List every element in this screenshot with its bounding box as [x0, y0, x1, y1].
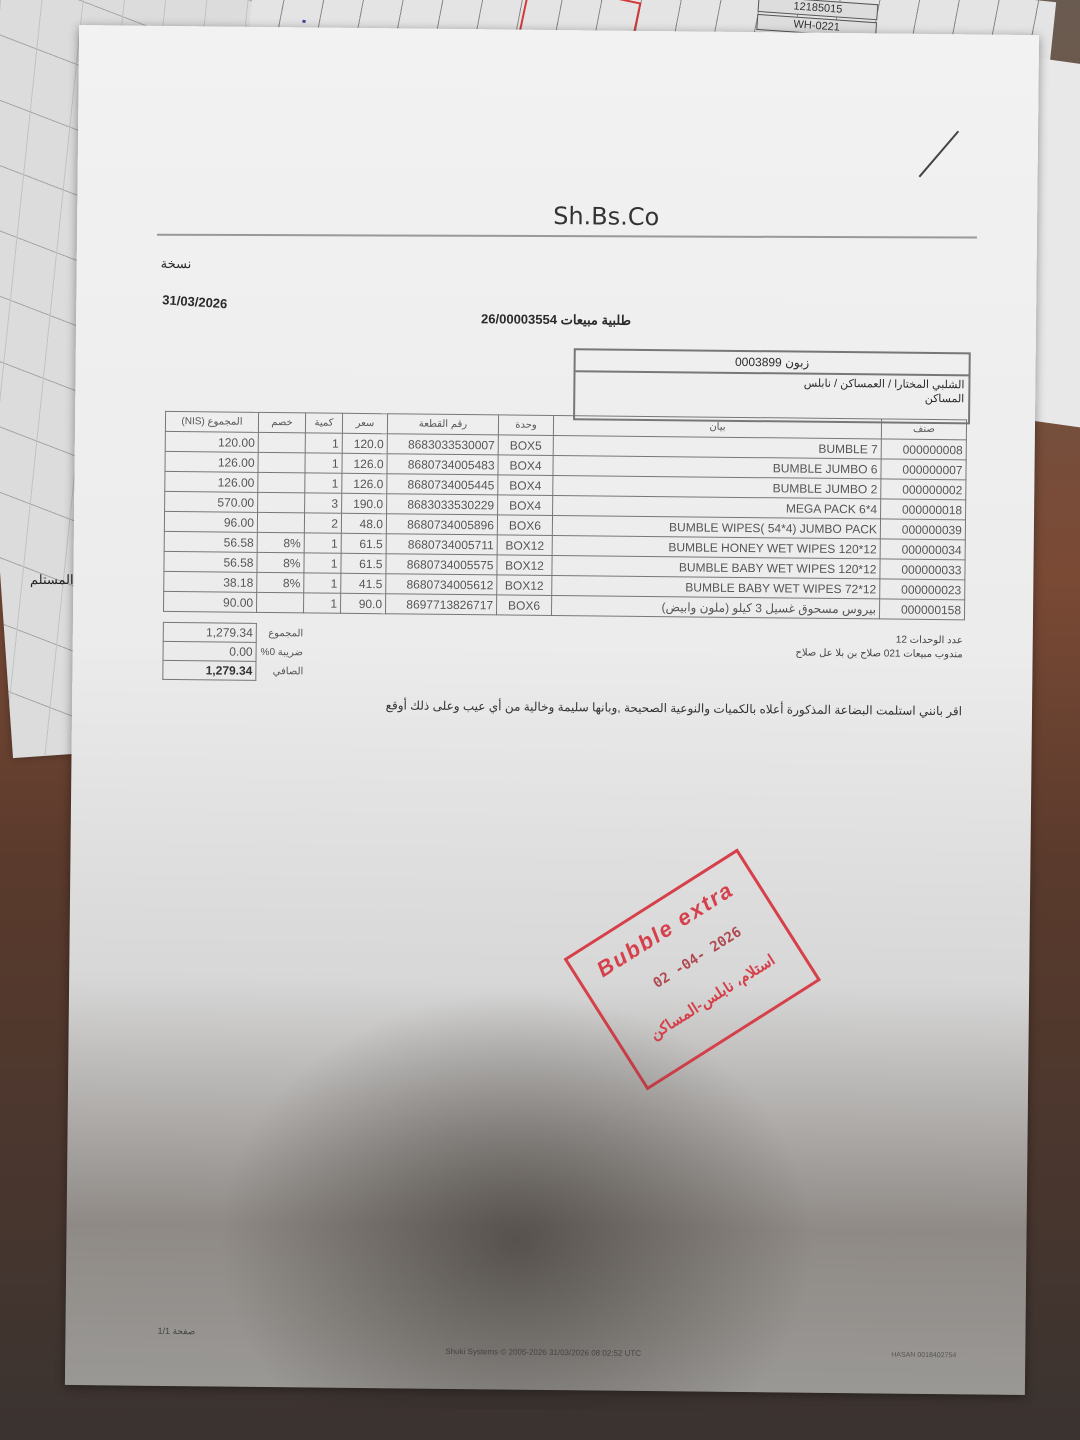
col-total: المجموع (NIS) [165, 411, 258, 432]
pen-mark [919, 131, 960, 178]
net-label: الصافي [256, 661, 307, 681]
cell-code: 000000158 [879, 599, 964, 620]
cell-discount [258, 452, 305, 472]
order-number: 26/00003554 [481, 311, 557, 327]
cell-qty: 1 [304, 553, 341, 573]
cell-discount: 8% [257, 572, 304, 592]
cell-price: 90.0 [341, 593, 386, 613]
cell-total: 126.00 [165, 451, 258, 472]
col-price: سعر [342, 413, 387, 433]
cell-total: 56.58 [164, 531, 257, 552]
col-unit: وحدة [498, 415, 553, 436]
cell-total: 38.18 [164, 571, 257, 592]
cell-barcode: 8680734005575 [386, 554, 497, 575]
cell-code: 000000033 [880, 559, 965, 580]
col-barcode: رقم القطعة [387, 414, 498, 435]
customer-box: زبون 0003899 الشلبي المختارا / العمساكن … [573, 348, 971, 424]
cell-unit: BOX12 [497, 555, 552, 576]
cell-discount [258, 472, 305, 492]
cell-barcode: 8680734005483 [387, 454, 498, 475]
cell-unit: BOX6 [497, 515, 552, 536]
cell-code: 000000008 [881, 439, 966, 460]
col-discount: خصم [258, 412, 305, 432]
cell-qty: 1 [304, 533, 341, 553]
items-table: المجموع (NIS) خصم كمية سعر رقم القطعة وح… [163, 411, 967, 620]
cell-barcode: 8680734005711 [386, 534, 497, 555]
cell-unit: BOX4 [498, 495, 553, 516]
cell-total: 120.00 [165, 431, 258, 452]
cell-discount [257, 512, 304, 532]
cell-unit: BOX5 [498, 435, 553, 456]
cell-qty: 1 [304, 573, 341, 593]
stamp-brand: Bubble extra [592, 877, 739, 983]
cell-price: 61.5 [341, 553, 386, 573]
header-divider [157, 234, 977, 239]
col-code: صنف [881, 419, 966, 440]
cell-discount [258, 492, 305, 512]
cell-unit: BOX4 [498, 455, 553, 476]
sales-rep: مندوب مبيعات 021 صلاح بن بلا عل صلاح [773, 646, 963, 662]
cell-price: 126.0 [342, 473, 387, 493]
cell-total: 96.00 [164, 511, 257, 532]
cell-total: 570.00 [165, 491, 258, 512]
totals-table: 1,279.34 المجموع 0.00 ضريبة 0% 1,279.34 … [162, 622, 307, 682]
cell-barcode: 8697713826717 [385, 594, 496, 615]
cell-unit: BOX12 [497, 575, 552, 596]
cell-unit: BOX12 [497, 535, 552, 556]
cell-qty: 2 [304, 513, 341, 533]
sales-order-document: Sh.Bs.Co نسخة 31/03/2026 طلبية مبيعات 26… [65, 25, 1039, 1395]
cell-qty: 1 [305, 453, 342, 473]
cell-unit: BOX4 [498, 475, 553, 496]
cell-qty: 3 [305, 493, 342, 513]
copy-label: نسخة [161, 256, 192, 272]
cell-discount [257, 592, 304, 612]
subtotal-row: 1,279.34 المجموع [163, 622, 307, 643]
cell-code: 000000034 [880, 539, 965, 560]
cell-barcode: 8683033530007 [387, 434, 498, 455]
order-title: طلبية مبيعات 26/00003554 [481, 311, 631, 329]
cell-total: 126.00 [165, 471, 258, 492]
cell-price: 48.0 [341, 513, 386, 533]
order-meta: عدد الوحدات 12 مندوب مبيعات 021 صلاح بن … [773, 632, 963, 662]
cell-qty: 1 [304, 593, 341, 613]
cell-barcode: 8680734005612 [386, 574, 497, 595]
cell-total: 56.58 [164, 551, 257, 572]
cell-discount: 8% [257, 552, 304, 572]
col-qty: كمية [305, 413, 342, 433]
customer-address: الشلبي المختارا / العمساكن / نابلس المسا… [575, 372, 968, 408]
net-row: 1,279.34 الصافي [163, 660, 307, 681]
user-footer: HASAN 0018402754 [891, 1352, 956, 1360]
cell-barcode: 8680734005896 [386, 514, 497, 535]
subtotal-value: 1,279.34 [163, 622, 256, 642]
cell-price: 61.5 [341, 533, 386, 553]
subtotal-label: المجموع [256, 623, 307, 643]
customer-id: 0003899 [735, 355, 782, 369]
cell-qty: 1 [305, 433, 342, 453]
company-name: Sh.Bs.Co [553, 202, 659, 231]
tax-label: ضريبة 0% [256, 642, 307, 662]
cell-price: 41.5 [341, 573, 386, 593]
cell-qty: 1 [305, 473, 342, 493]
cell-code: 000000023 [880, 579, 965, 600]
receipt-declaration: اقر بانني استلمت البضاعة المذكورة أعلاه … [322, 698, 962, 719]
tax-value: 0.00 [163, 641, 256, 661]
document-date: 31/03/2026 [162, 292, 228, 311]
cell-code: 000000039 [880, 519, 965, 540]
cell-barcode: 8680734005445 [387, 474, 498, 495]
cell-code: 000000007 [881, 459, 966, 480]
cell-barcode: 8683033530229 [387, 494, 498, 515]
cell-price: 126.0 [342, 453, 387, 473]
cell-code: 000000002 [881, 479, 966, 500]
cell-discount [258, 432, 305, 452]
cell-price: 120.0 [342, 433, 387, 453]
cell-description: بيروس مسحوق غسيل 3 كيلو (ملون وابيض) [551, 595, 879, 618]
cell-discount: 8% [257, 532, 304, 552]
cell-total: 90.00 [164, 591, 257, 612]
cell-code: 000000018 [881, 499, 966, 520]
cell-unit: BOX6 [496, 595, 551, 616]
page-number: صفحة 1/1 [157, 1326, 195, 1337]
tax-row: 0.00 ضريبة 0% [163, 641, 307, 662]
cell-price: 190.0 [342, 493, 387, 513]
net-value: 1,279.34 [163, 660, 256, 680]
